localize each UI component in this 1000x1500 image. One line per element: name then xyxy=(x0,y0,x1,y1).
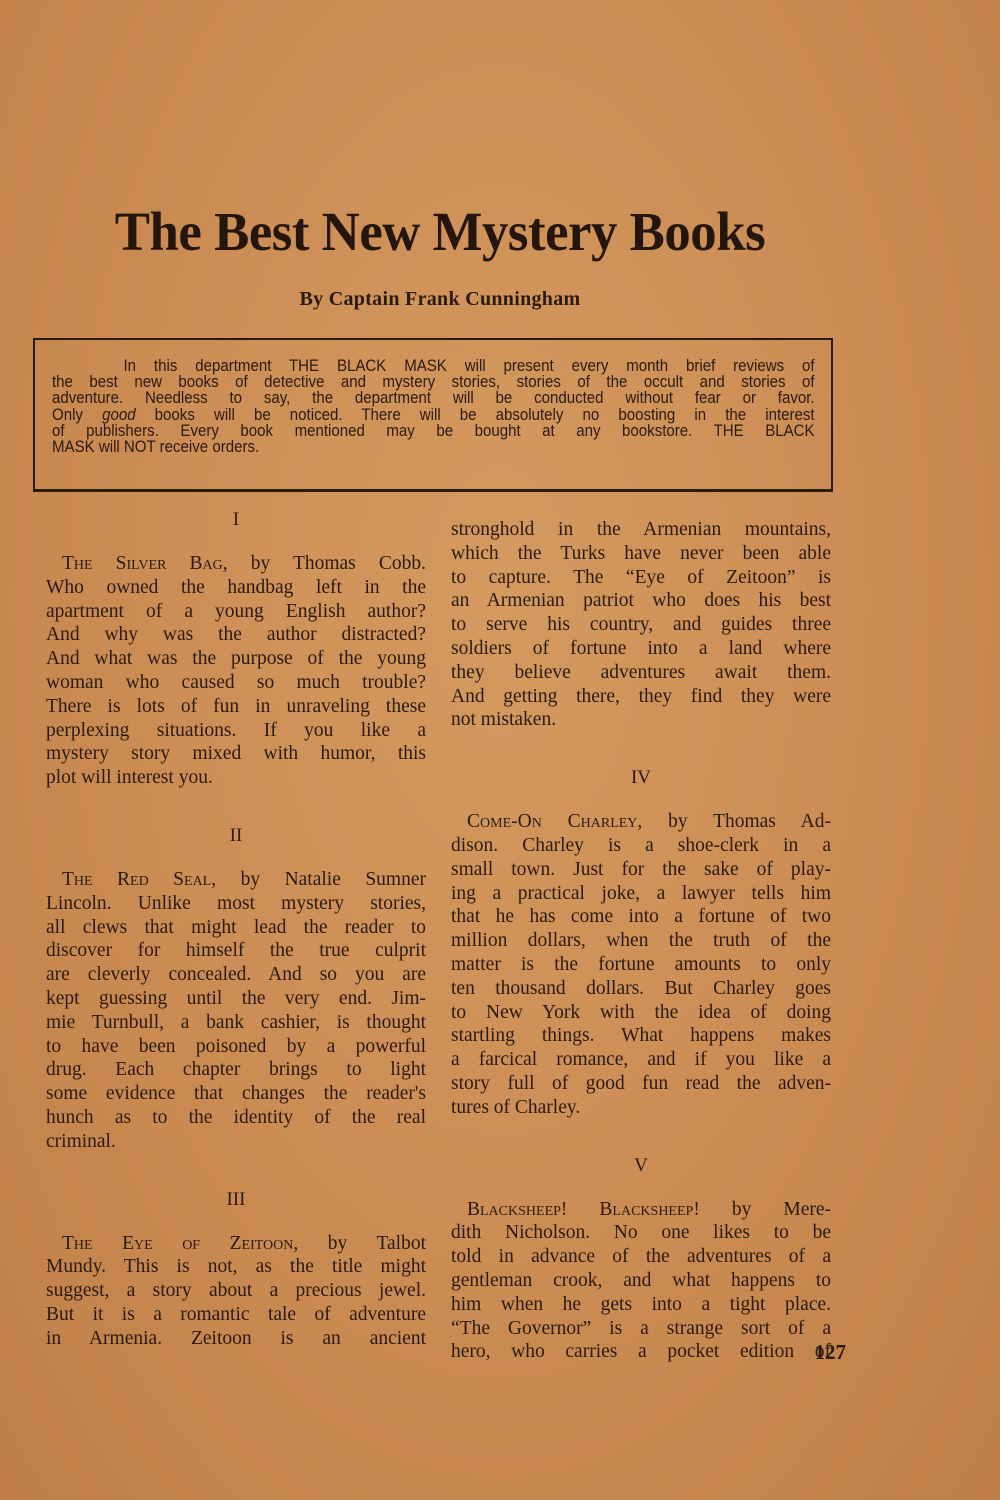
book-title: Blacksheep! Blacksheep! xyxy=(467,1199,700,1220)
book-title: Come-On Charley xyxy=(467,811,637,832)
book-title: The Silver Bag xyxy=(62,553,223,574)
notice-line: of publishers. Every book mentioned may … xyxy=(52,423,815,439)
emphasis-good: good xyxy=(102,406,135,424)
review-numeral: I xyxy=(46,508,426,532)
book-title: The Red Seal xyxy=(62,869,211,890)
notice-line: In this department THE BLACK MASK will p… xyxy=(52,358,815,374)
notice-line: MASK will NOT receive orders. xyxy=(52,439,815,455)
magazine-page: The Best New Mystery Books By Captain Fr… xyxy=(0,0,1000,1500)
review-numeral: III xyxy=(46,1188,426,1212)
notice-line: the best new books of detective and myst… xyxy=(52,374,815,390)
article-title: The Best New Mystery Books xyxy=(75,200,805,263)
book-title: The Eye of Zeitoon xyxy=(62,1233,293,1254)
right-column: stronghold in the Armenian mountains, wh… xyxy=(451,518,831,1364)
review-5: V Blacksheep! Blacksheep! by Mere- dith … xyxy=(451,1154,831,1365)
review-numeral: II xyxy=(46,824,426,848)
review-1: I The Silver Bag, by Thomas Cobb. Who ow… xyxy=(46,508,426,790)
review-4: IV Come-On Charley, by Thomas Ad- dison.… xyxy=(451,766,831,1119)
review-2: II The Red Seal, by Natalie Sumner Linco… xyxy=(46,824,426,1154)
review-numeral: IV xyxy=(451,766,831,790)
review-numeral: V xyxy=(451,1154,831,1178)
notice-line: Only good books will be noticed. There w… xyxy=(52,407,815,423)
article-byline: By Captain Frank Cunningham xyxy=(60,288,820,311)
review-3-continued: stronghold in the Armenian mountains, wh… xyxy=(451,518,831,732)
notice-text: In this department THE BLACK MASK will p… xyxy=(52,358,815,455)
review-3: III The Eye of Zeitoon, by Talbot Mundy.… xyxy=(46,1188,426,1351)
page-number: 127 xyxy=(780,1340,846,1365)
left-column: I The Silver Bag, by Thomas Cobb. Who ow… xyxy=(46,508,426,1351)
notice-line: adventure. Needless to say, the departme… xyxy=(52,390,815,406)
